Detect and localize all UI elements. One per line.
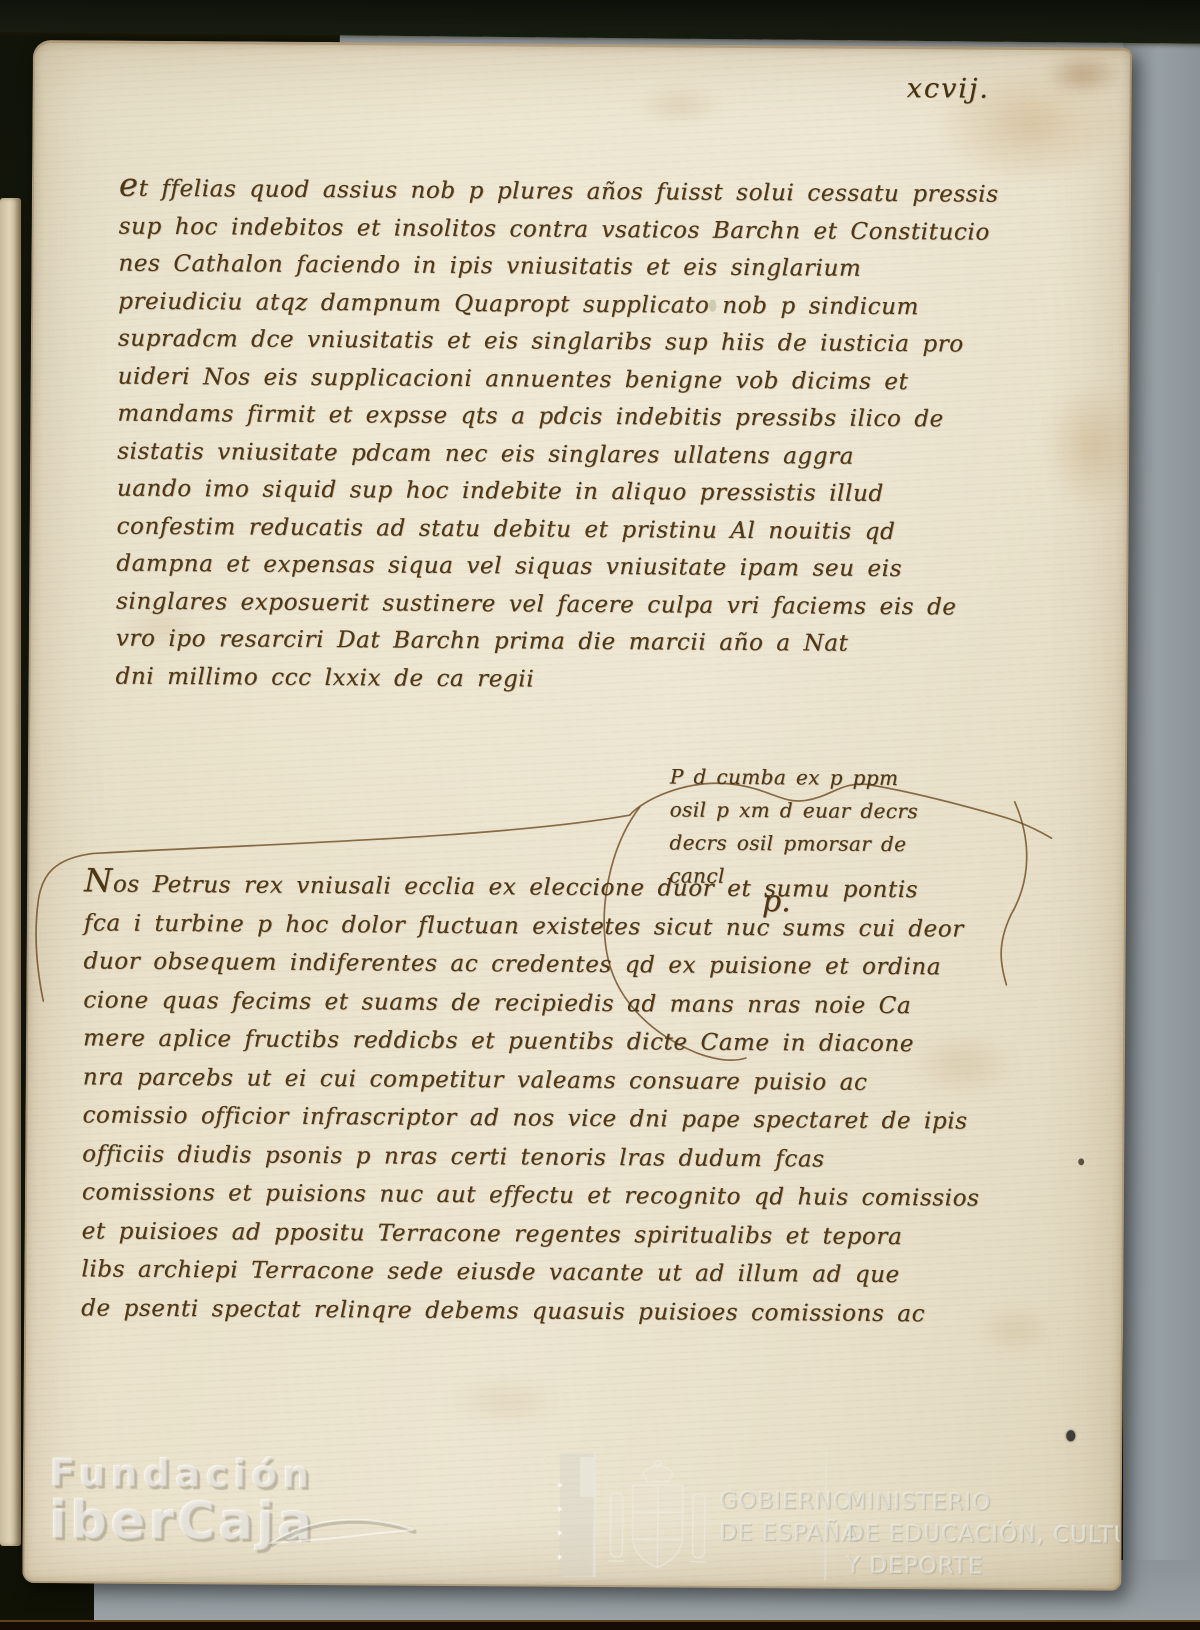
manuscript-line: dampna et expensas siqua vel siquas vniu… (116, 546, 996, 590)
manuscript-page: xcvij. et ffelias quod assius nob p plur… (22, 40, 1132, 1591)
manuscript-line: duor obsequem indiferentes ac credentes … (83, 942, 981, 987)
manuscript-line: sup hoc indebitos et insolitos contra vs… (119, 208, 999, 252)
mat-board-right (1123, 38, 1200, 1630)
star-icon: ✶ (556, 1481, 564, 1492)
note-line: P d cumba ex p ppm (670, 760, 919, 795)
manuscript-line: et ffelias quod assius nob p plures años… (119, 167, 999, 215)
manuscript-line: uando imo siquid sup hoc indebite in ali… (117, 471, 997, 515)
manuscript-line: confestim reducatis ad statu debitu et p… (116, 508, 996, 552)
text-block-secondary: Nos Petrus rex vniusali ecclia ex elecci… (81, 861, 982, 1333)
flag-notch (580, 1457, 594, 1497)
adjacent-folio-edge (0, 198, 21, 1546)
manuscript-line: officiis diudis psonis p nras certi teno… (82, 1135, 980, 1180)
spain-coat-of-arms-icon (602, 1455, 713, 1586)
ibercaja-watermark-line1: Fundación (50, 1451, 316, 1497)
cover-edge-bottom (0, 1620, 1200, 1630)
manuscript-line: dni millimo ccc lxxix de ca regii (115, 658, 995, 702)
manuscript-line: mandams firmit et expsse qts a pdcis ind… (117, 396, 997, 440)
manuscript-line: preiudiciu atqz dampnum Quapropt supplic… (118, 283, 998, 327)
manuscript-line: de psenti spectat relinqre debems quasui… (81, 1289, 979, 1334)
scan-viewport: xcvij. et ffelias quod assius nob p plur… (0, 0, 1200, 1630)
manuscript-line: nra parcebs ut ei cui competitur valeams… (83, 1058, 981, 1103)
star-icon: ✶ (555, 1529, 563, 1540)
manuscript-line: cione quas fecims et suams de recipiedis… (83, 981, 981, 1026)
manuscript-line: et puisioes ad ppositu Terracone regente… (82, 1212, 980, 1257)
manuscript-line: uideri Nos eis supplicacioni annuentes b… (118, 358, 998, 402)
manuscript-line: mere aplice fructibs reddicbs et puentib… (83, 1019, 981, 1064)
manuscript-line: libs archiepi Terracone sede eiusde vaca… (81, 1250, 979, 1295)
manuscript-line: supradcm dce vniusitatis et eis singlari… (118, 321, 998, 365)
folio-number: xcvij. (907, 73, 990, 105)
star-icons: ✶ ✶ ✶ ✶ (552, 1475, 567, 1571)
manuscript-line: sistatis vniusitate pdcam nec eis singla… (117, 433, 997, 477)
manuscript-line: Nos Petrus rex vniusali ecclia ex elecci… (84, 861, 982, 910)
manuscript-line: comissions et puisions nuc aut effectu e… (82, 1173, 980, 1218)
government-watermark: ✶ ✶ ✶ ✶ GOBIERNO DE ESPAÑA MINISTERIO DE… (554, 1445, 1115, 1589)
note-line: decrs osil pmorsar de (669, 826, 918, 861)
ministry-label-line1: MINISTERIO (847, 1489, 992, 1516)
text-block-primary: et ffelias quod assius nob p plures años… (115, 167, 998, 702)
gov-label-line1: GOBIERNO (720, 1488, 852, 1515)
star-icon: ✶ (556, 1505, 564, 1516)
note-line: osil p xm d euar decrs (670, 793, 919, 828)
manuscript-line: fca i turbine p hoc dolor fluctuan exist… (84, 904, 982, 949)
ibercaja-swoosh-icon (266, 1507, 426, 1568)
star-icon: ✶ (555, 1553, 563, 1564)
manuscript-line: nes Cathalon faciendo in ipis vniusitati… (118, 246, 998, 290)
manuscript-line: vro ipo resarciri Dat Barchn prima die m… (116, 621, 996, 665)
gov-label-line2: DE ESPAÑA (720, 1520, 859, 1547)
ministry-label-line3: Y DEPORTE (846, 1553, 984, 1580)
manuscript-line: comissio officior infrascriptor ad nos v… (82, 1096, 980, 1141)
binding-shadow-top (0, 0, 1200, 44)
ministry-label-line2: DE EDUCACIÓN, CULTURA (847, 1521, 1132, 1549)
manuscript-line: singlares exposuerit sustinere vel facer… (116, 583, 996, 627)
